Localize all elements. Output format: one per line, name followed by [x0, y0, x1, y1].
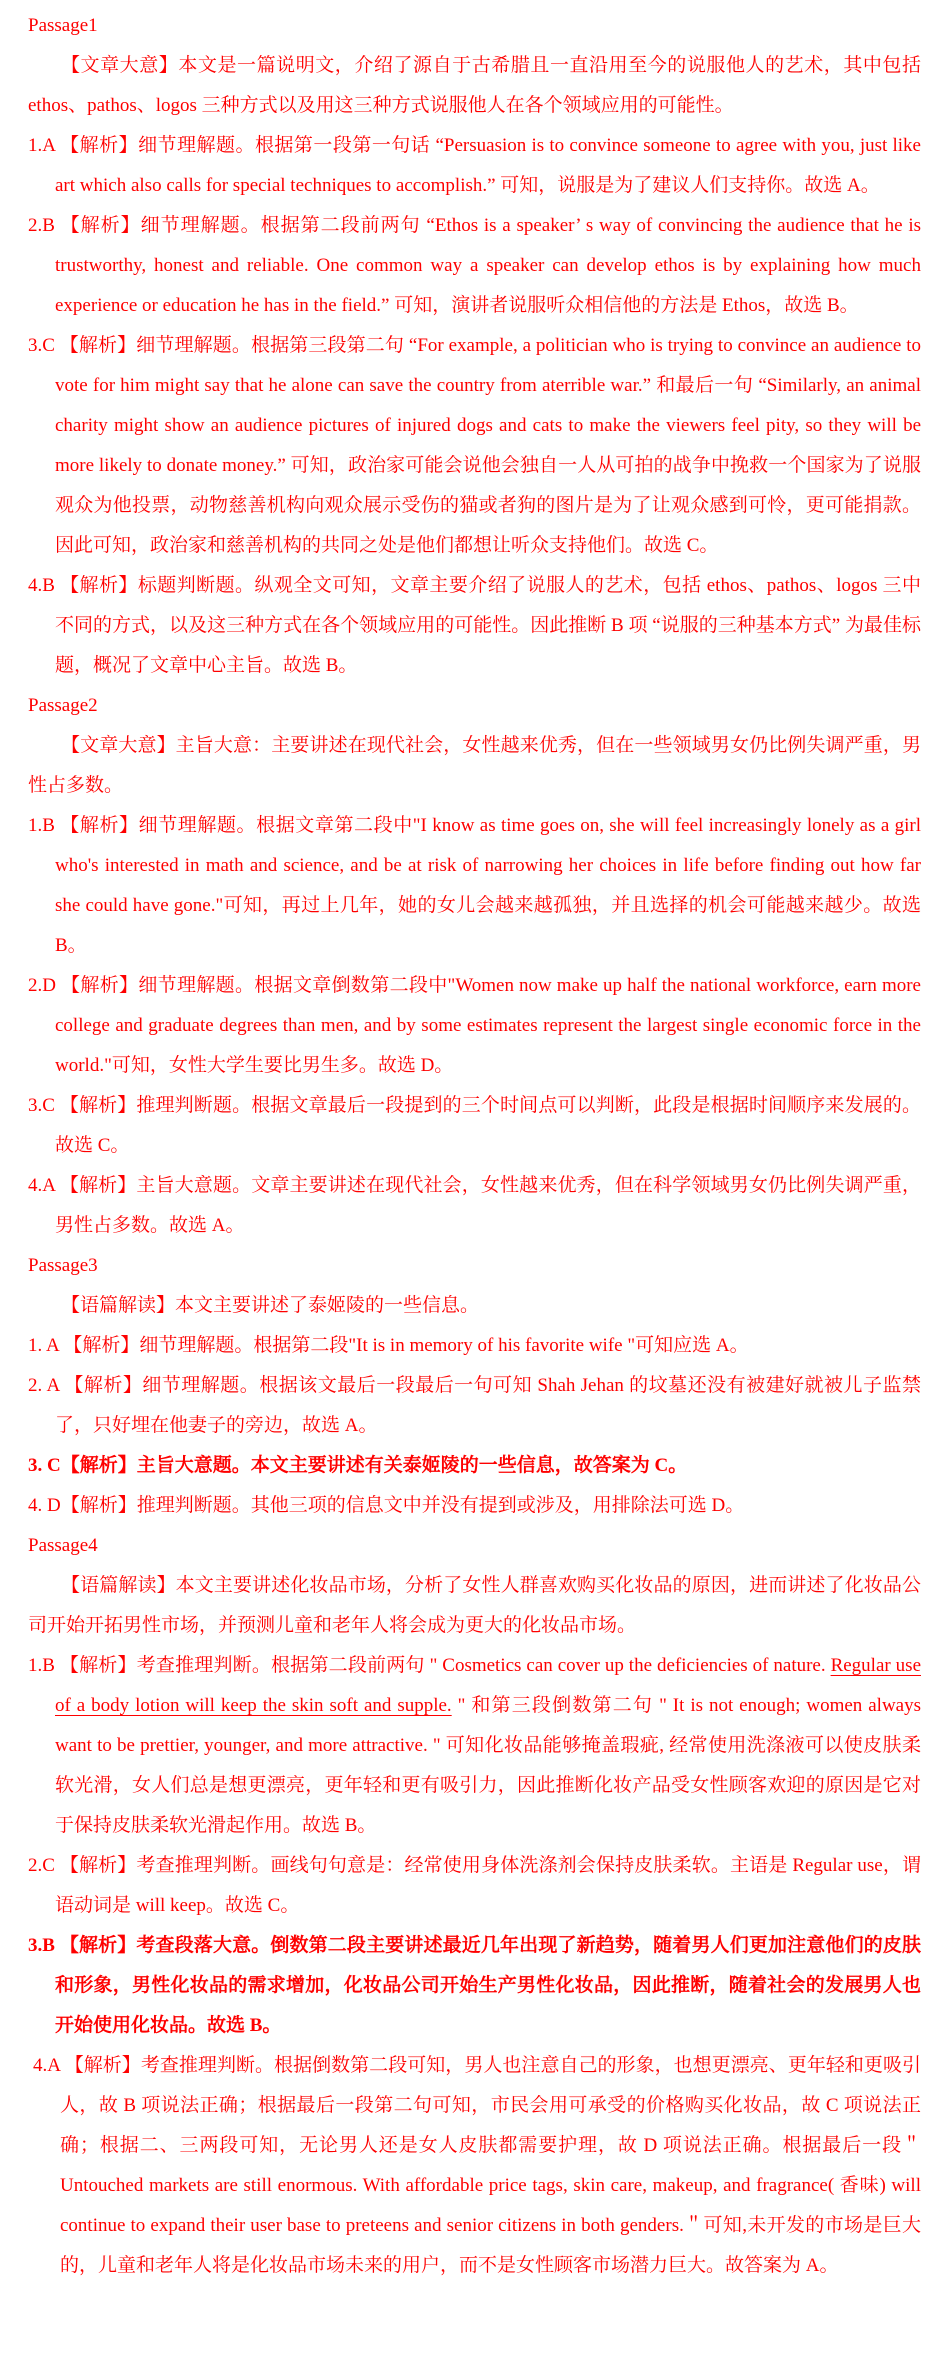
passage-summary: 【语篇解读】本文主要讲述了泰姬陵的一些信息。 — [28, 1286, 921, 1326]
answer-item: 2.C 【解析】考查推理判断。画线句句意是：经常使用身体洗涤剂会保持皮肤柔软。主… — [28, 1846, 921, 1926]
passage-title: Passage2 — [28, 686, 921, 726]
answer-item: 1.B 【解析】考查推理判断。根据第二段前两句 " Cosmetics can … — [28, 1646, 921, 1846]
item-text: 【解析】推理判断题。根据文章最后一段提到的三个时间点可以判断，此段是根据时间顺序… — [55, 1095, 921, 1156]
item-text: 【解析】考查段落大意。倒数第二段主要讲述最近几年出现了新趋势，随着男人们更加注意… — [55, 1935, 921, 2036]
item-text: 【解析】细节理解题。根据文章第二段中"I know as time goes o… — [55, 815, 921, 956]
item-text: 【解析】细节理解题。根据第一段第一句话 “Persuasion is to co… — [55, 135, 921, 196]
item-label: 1.A — [28, 135, 55, 156]
answer-item: 3.C 【解析】细节理解题。根据第三段第二句 “For example, a p… — [28, 326, 921, 566]
answer-item: 4.A 【解析】主旨大意题。文章主要讲述在现代社会，女性越来优秀，但在科学领域男… — [28, 1166, 921, 1246]
item-text: 【解析】细节理解题。根据第三段第二句 “For example, a polit… — [55, 335, 921, 556]
item-label: 3. C — [28, 1455, 61, 1476]
answer-item: 4.B 【解析】标题判断题。纵观全文可知，文章主要介绍了说服人的艺术，包括 et… — [28, 566, 921, 686]
passage-summary: 【语篇解读】本文主要讲述化妆品市场，分析了女性人群喜欢购买化妆品的原因，进而讲述… — [28, 1566, 921, 1646]
item-text: 【解析】细节理解题。根据该文最后一段最后一句可知 Shah Jehan 的坟墓还… — [55, 1375, 921, 1436]
item-label: 3.B — [28, 1935, 55, 1956]
passage-section-3: Passage3 【语篇解读】本文主要讲述了泰姬陵的一些信息。 1. A 【解析… — [28, 1246, 921, 1526]
item-label: 1. A — [28, 1335, 59, 1356]
item-label: 2.C — [28, 1855, 55, 1876]
answer-item: 1.A 【解析】细节理解题。根据第一段第一句话 “Persuasion is t… — [28, 126, 921, 206]
item-label: 2.D — [28, 975, 56, 996]
item-text: " 和第三段倒数第二句 " It is not enough; women al… — [55, 1695, 921, 1836]
answer-item: 2.D 【解析】细节理解题。根据文章倒数第二段中"Women now make … — [28, 966, 921, 1086]
item-label: 3.C — [28, 335, 55, 356]
item-text: 【解析】考查推理判断。画线句句意是：经常使用身体洗涤剂会保持皮肤柔软。主语是 R… — [55, 1855, 921, 1916]
passage-summary: 【文章大意】本文是一篇说明文，介绍了源自于古希腊且一直沿用至今的说服他人的艺术，… — [28, 46, 921, 126]
passage-section-1: Passage1 【文章大意】本文是一篇说明文，介绍了源自于古希腊且一直沿用至今… — [28, 6, 921, 686]
item-text: 【解析】主旨大意题。文章主要讲述在现代社会，女性越来优秀，但在科学领域男女仍比例… — [55, 1175, 921, 1236]
item-label: 2. A — [28, 1375, 59, 1396]
answer-item: 3.B 【解析】考查段落大意。倒数第二段主要讲述最近几年出现了新趋势，随着男人们… — [28, 1926, 921, 2046]
item-text: 【解析】细节理解题。根据第二段"It is in memory of his f… — [59, 1335, 749, 1356]
answer-item: 1.B 【解析】细节理解题。根据文章第二段中"I know as time go… — [28, 806, 921, 966]
item-label: 1.B — [28, 1655, 55, 1676]
answer-item: 3. C【解析】主旨大意题。本文主要讲述有关泰姬陵的一些信息，故答案为 C。 — [28, 1446, 921, 1486]
passage-title: Passage4 — [28, 1526, 921, 1566]
item-label: 4. D — [28, 1495, 61, 1516]
passage-title: Passage1 — [28, 6, 921, 46]
item-label: 4.A — [33, 2055, 60, 2076]
answer-item: 4. D【解析】推理判断题。其他三项的信息文中并没有提到或涉及，用排除法可选 D… — [28, 1486, 921, 1526]
document-page: Passage1 【文章大意】本文是一篇说明文，介绍了源自于古希腊且一直沿用至今… — [28, 6, 921, 2286]
passage-section-4: Passage4 【语篇解读】本文主要讲述化妆品市场，分析了女性人群喜欢购买化妆… — [28, 1526, 921, 2286]
item-text: 【解析】考查推理判断。根据第二段前两句 " Cosmetics can cove… — [55, 1655, 831, 1676]
item-text: 【解析】标题判断题。纵观全文可知，文章主要介绍了说服人的艺术，包括 ethos、… — [55, 575, 921, 676]
item-label: 3.C — [28, 1095, 55, 1116]
item-text: 【解析】主旨大意题。本文主要讲述有关泰姬陵的一些信息，故答案为 C。 — [61, 1455, 687, 1476]
item-label: 4.A — [28, 1175, 55, 1196]
answer-item: 4.A 【解析】考查推理判断。根据倒数第二段可知，男人也注意自己的形象，也想更漂… — [33, 2046, 921, 2286]
item-text: 【解析】细节理解题。根据第二段前两句 “Ethos is a speaker’ … — [55, 215, 921, 316]
item-label: 2.B — [28, 215, 55, 236]
item-label: 1.B — [28, 815, 55, 836]
answer-item: 3.C 【解析】推理判断题。根据文章最后一段提到的三个时间点可以判断，此段是根据… — [28, 1086, 921, 1166]
passage-summary: 【文章大意】主旨大意：主要讲述在现代社会，女性越来优秀，但在一些领域男女仍比例失… — [28, 726, 921, 806]
item-text: 【解析】推理判断题。其他三项的信息文中并没有提到或涉及，用排除法可选 D。 — [61, 1495, 744, 1516]
answer-item: 1. A 【解析】细节理解题。根据第二段"It is in memory of … — [28, 1326, 921, 1366]
item-text: 【解析】考查推理判断。根据倒数第二段可知，男人也注意自己的形象，也想更漂亮、更年… — [60, 2055, 921, 2276]
item-label: 4.B — [28, 575, 55, 596]
passage-title: Passage3 — [28, 1246, 921, 1286]
item-text: 【解析】细节理解题。根据文章倒数第二段中"Women now make up h… — [55, 975, 921, 1076]
answer-item: 2. A 【解析】细节理解题。根据该文最后一段最后一句可知 Shah Jehan… — [28, 1366, 921, 1446]
answer-item: 2.B 【解析】细节理解题。根据第二段前两句 “Ethos is a speak… — [28, 206, 921, 326]
passage-section-2: Passage2 【文章大意】主旨大意：主要讲述在现代社会，女性越来优秀，但在一… — [28, 686, 921, 1246]
